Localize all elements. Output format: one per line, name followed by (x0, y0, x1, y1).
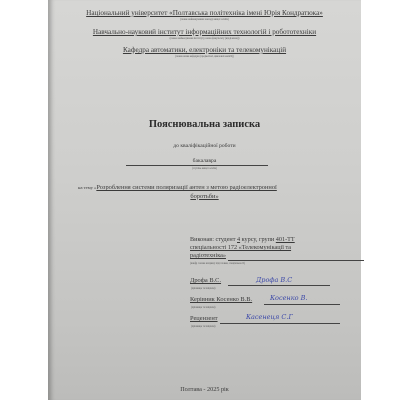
department-name: Кафедра автоматики, електроніки та телек… (48, 46, 361, 54)
student-caption: (прізвище та ініціали) (191, 287, 215, 290)
institute-caption: (повне найменування інституту, назва фак… (48, 37, 361, 40)
specialty-caption: (шифр і назва напряму підготовки, спеціа… (190, 262, 245, 265)
performer-prefix: Виконав: студент (190, 236, 237, 243)
student-name: Дрофа В.С. (190, 277, 221, 284)
reviewer-caption: (прізвище та ініціали) (191, 325, 215, 328)
university-name: Національний університет «Полтавська пол… (48, 9, 361, 17)
specialty-underline (228, 260, 364, 261)
reviewer-signature: Касенеця С.Г (246, 313, 293, 321)
supervisor-signature: Косенко В. (270, 294, 307, 302)
topic-text-1: Розроблення системи поляризації антен з … (96, 184, 276, 191)
supervisor-sign-line (264, 304, 340, 305)
group-code: 401-ТТ (276, 236, 295, 243)
supervisor-name: Керівник Косенко В.В. (190, 296, 252, 303)
student-signature: Дрофа В.С (256, 276, 292, 284)
department-caption: (повна назва кафедри (предметної, циклов… (48, 55, 361, 58)
topic-line-1: на тему «Розроблення системи поляризації… (78, 184, 277, 191)
institute-name: Навчально-науковий інститут інформаційни… (48, 28, 361, 36)
degree-caption: (ступінь вищої освіти) (48, 167, 361, 170)
reviewer-sign-line (220, 323, 340, 324)
degree-underline (126, 165, 268, 166)
topic-prefix: на тему « (78, 185, 96, 190)
university-caption: (повне найменування закладу вищої освіти… (48, 18, 361, 21)
student-sign-line (228, 285, 330, 286)
topic-line-2: боротьби» (48, 193, 361, 200)
city-year: Полтава - 2025 рік (48, 386, 361, 393)
performer-mid: курсу, групи (240, 236, 276, 243)
document-title: Пояснювальна записка (48, 119, 361, 130)
performer-line-1: Виконав: студент 4 курсу, групи 401-ТТ (190, 236, 295, 243)
document-page: Національний університет «Полтавська пол… (48, 0, 361, 400)
performer-specialty-2: радіотехніка» (190, 252, 226, 259)
performer-specialty: спеціальності 172 «Телекомунікації та (190, 244, 291, 251)
document-subtitle: до кваліфікаційної роботи (48, 143, 361, 149)
supervisor-caption: (прізвище та ініціали) (191, 306, 215, 309)
reviewer-label: Рецензент (190, 315, 218, 322)
degree-value: бакалавра (48, 158, 361, 164)
